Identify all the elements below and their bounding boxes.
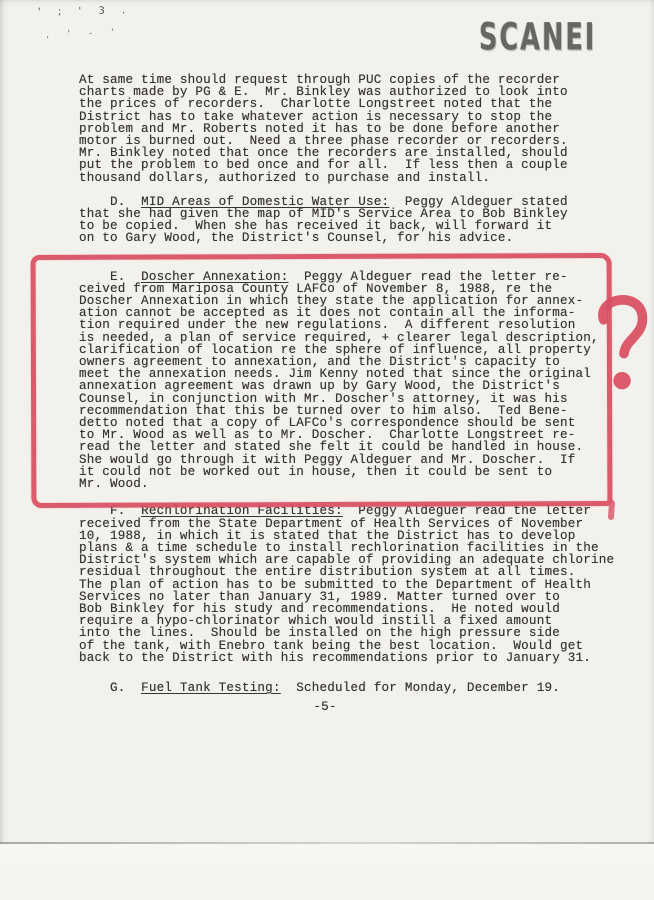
section-intro: At same time should request through PUC …	[79, 74, 614, 184]
red-question-mark-icon	[594, 289, 652, 397]
paragraph-line: put the problem to bed once and for all.…	[79, 159, 614, 171]
paragraph-line: The plan of action has to be submitted t…	[79, 579, 614, 591]
section-g: G. Fuel Tank Testing: Scheduled for Mond…	[79, 682, 614, 694]
paragraph-line: of the tank, with Enebro tank being the …	[79, 640, 614, 652]
paragraph-line: thousand dollars, authorized to purchase…	[79, 172, 614, 184]
scanned-stamp: SCANEI	[479, 17, 596, 58]
section-text: Scheduled for Monday, December 19.	[281, 681, 560, 695]
pencil-marks-row2: , ' - '	[46, 28, 122, 41]
paragraph-line: residual throughout the entire distribut…	[79, 566, 614, 578]
paragraph-line: back to the District with his recommenda…	[79, 652, 614, 664]
page-number: -5-	[79, 700, 571, 714]
scanner-bed-strip	[0, 844, 654, 900]
paragraph-line: on to Gary Wood, the District's Counsel,…	[79, 232, 614, 244]
paragraph-line: received from the State Department of He…	[79, 518, 614, 530]
section-title: Fuel Tank Testing:	[141, 681, 281, 695]
section-f: F. Rechlorination Facilities: Peggy Alde…	[79, 505, 614, 664]
paragraph-line: into the lines. Should be installed on t…	[79, 627, 614, 639]
paragraph-line: District has to take whatever action is …	[79, 111, 614, 123]
section-d: D. MID Areas of Domestic Water Use: Pegg…	[79, 196, 614, 245]
red-annotation-box	[31, 253, 613, 508]
section-letter: G.	[79, 681, 141, 695]
scanned-page: ' ; ' 3 . , ' - ' SCANEI At same time sh…	[0, 0, 654, 900]
pencil-marks-row1: ' ; ' 3 .	[38, 5, 132, 18]
paragraph-line: the prices of recorders. Charlotte Longs…	[79, 98, 614, 110]
paragraph-line: G. Fuel Tank Testing: Scheduled for Mond…	[79, 682, 614, 694]
